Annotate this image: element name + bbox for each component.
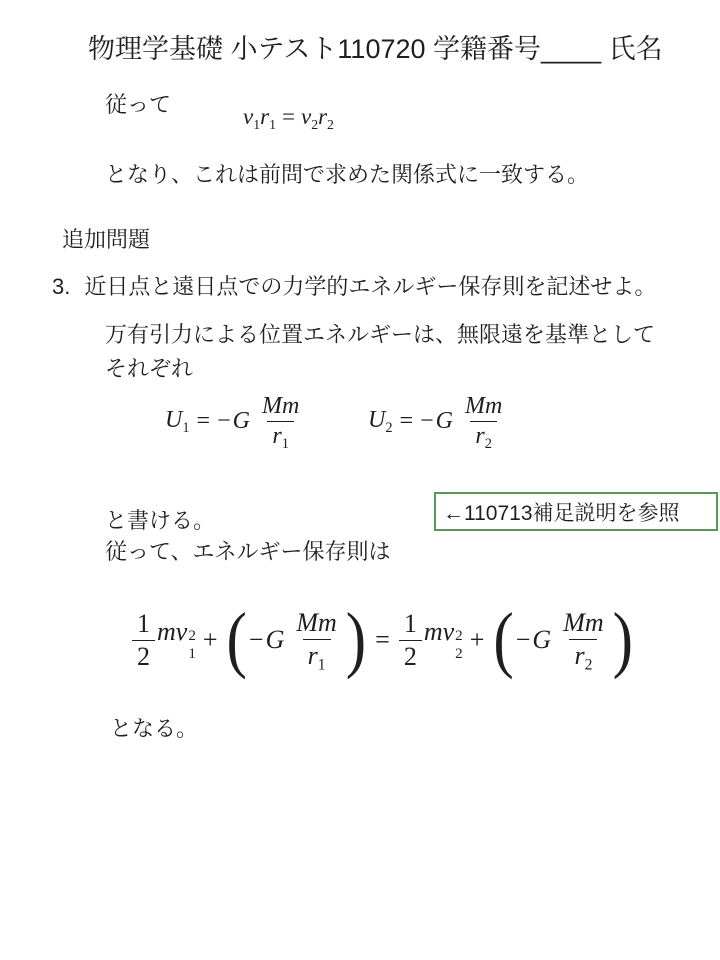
subscript-1: 1	[182, 420, 189, 436]
numerator-Mm: Mm	[558, 607, 608, 638]
minus-sign: −	[249, 625, 264, 654]
subscript-2: 2	[585, 656, 593, 673]
var-r: r	[308, 641, 318, 670]
subscript-1: 1	[269, 117, 276, 132]
denominator-r1: r1	[303, 639, 331, 673]
equation-u1: U1 = −G Mm r1	[165, 392, 306, 451]
subscript-1: 1	[188, 646, 196, 663]
var-mv: mv	[424, 617, 454, 646]
var-r: r	[574, 641, 584, 670]
equals-sign: =	[400, 408, 414, 435]
term-neg-G: −G	[516, 625, 556, 655]
var-r1: r	[260, 104, 269, 129]
numerator-Mm: Mm	[460, 392, 507, 421]
superscript-2: 2	[188, 628, 196, 645]
denominator-r2: r2	[470, 421, 497, 451]
question-number: 3.	[52, 274, 70, 300]
denominator-2: 2	[132, 640, 155, 672]
paragraph-writable: と書ける。 従って、エネルギー保存則は	[105, 505, 391, 567]
fraction-Mm-r1: Mm r1	[291, 607, 341, 672]
fraction-half: 1 2	[132, 608, 155, 671]
var-mv: mv	[157, 617, 187, 646]
text-pe-line1: 万有引力による位置エネルギーは、無限遠を基準として	[105, 318, 655, 352]
text-conclusion-1: となり、これは前問で求めた関係式に一致する。	[105, 158, 589, 189]
var-r: r	[272, 423, 281, 449]
equation-energy-conservation: 1 2 mv21 + ( −G Mm r1 ) = 1 2 mv22 + ( −…	[130, 598, 635, 682]
note-text: ←110713補足説明を参照	[443, 497, 680, 527]
equals-sign: =	[375, 625, 390, 655]
minus-sign: −	[420, 408, 434, 434]
term-neg-G: −G	[217, 408, 255, 435]
kinetic-term-1: mv21	[157, 617, 196, 663]
supsub-v2-squared: 22	[455, 628, 463, 663]
text-conclusion-2: となる。	[110, 712, 198, 743]
var-G: G	[233, 408, 250, 434]
minus-sign: −	[217, 408, 231, 434]
equation-angular-momentum: v1r1=v2r2	[243, 104, 334, 132]
text-writable: と書ける。	[105, 505, 391, 536]
text-pe-line2: それぞれ	[105, 352, 655, 386]
var-v1: v	[243, 104, 253, 129]
var-v2: v	[301, 104, 311, 129]
open-paren: (	[493, 603, 513, 678]
question-3: 3. 近日点と遠日点での力学的エネルギー保存則を記述せよ。	[52, 270, 656, 301]
fraction-Mm-r1: Mm r1	[257, 392, 304, 451]
minus-sign: −	[516, 625, 531, 654]
subscript-2: 2	[385, 420, 392, 436]
var-U: U	[368, 407, 385, 433]
subscript-1: 1	[318, 656, 326, 673]
supsub-v1-squared: 21	[188, 628, 196, 663]
denominator-r1: r1	[267, 421, 294, 451]
equals-sign: =	[197, 408, 211, 435]
term-U2: U2	[368, 407, 393, 435]
numerator-1: 1	[399, 608, 422, 639]
kinetic-term-2: mv22	[424, 617, 463, 663]
equals-sign: =	[282, 104, 295, 129]
open-paren: (	[227, 603, 247, 678]
superscript-2: 2	[455, 628, 463, 645]
subscript-2: 2	[327, 117, 334, 132]
var-G: G	[266, 625, 285, 654]
term-neg-G: −G	[249, 625, 289, 655]
question-text: 近日点と遠日点での力学的エネルギー保存則を記述せよ。	[84, 270, 656, 301]
var-U: U	[165, 407, 182, 433]
slide-page: 物理学基礎 小テスト110720 学籍番号____ 氏名 従って v1r1=v2…	[0, 0, 720, 960]
close-paren: )	[613, 603, 633, 678]
subscript-1: 1	[282, 436, 289, 452]
text-therefore: 従って	[105, 88, 171, 119]
plus-sign: +	[470, 625, 485, 655]
var-G: G	[436, 408, 453, 434]
fraction-Mm-r2: Mm r2	[460, 392, 507, 451]
plus-sign: +	[203, 625, 218, 655]
var-G: G	[532, 625, 551, 654]
denominator-2: 2	[399, 640, 422, 672]
term-U1: U1	[165, 407, 190, 435]
note-box: ←110713補足説明を参照	[434, 492, 718, 531]
fraction-Mm-r2: Mm r2	[558, 607, 608, 672]
close-paren: )	[346, 603, 366, 678]
heading-extra-problems: 追加問題	[62, 223, 150, 254]
var-r2: r	[318, 104, 327, 129]
text-therefore-energy: 従って、エネルギー保存則は	[105, 536, 391, 567]
subscript-2: 2	[485, 436, 492, 452]
var-r: r	[475, 423, 484, 449]
term-neg-G: −G	[420, 408, 458, 435]
page-title: 物理学基礎 小テスト110720 学籍番号____ 氏名	[88, 27, 663, 66]
denominator-r2: r2	[569, 639, 597, 673]
paragraph-pe-intro: 万有引力による位置エネルギーは、無限遠を基準として それぞれ	[105, 318, 655, 386]
subscript-2: 2	[455, 646, 463, 663]
numerator-1: 1	[132, 608, 155, 639]
numerator-Mm: Mm	[257, 392, 304, 421]
fraction-half: 1 2	[399, 608, 422, 671]
numerator-Mm: Mm	[291, 607, 341, 638]
equation-u2: U2 = −G Mm r2	[368, 392, 509, 451]
